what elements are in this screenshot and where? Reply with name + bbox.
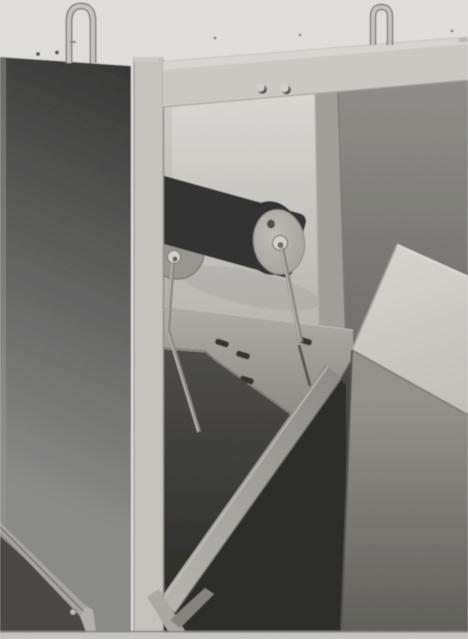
photo-canvas — [0, 0, 468, 639]
film-grain-light — [0, 0, 468, 639]
machine-photograph — [0, 0, 468, 639]
